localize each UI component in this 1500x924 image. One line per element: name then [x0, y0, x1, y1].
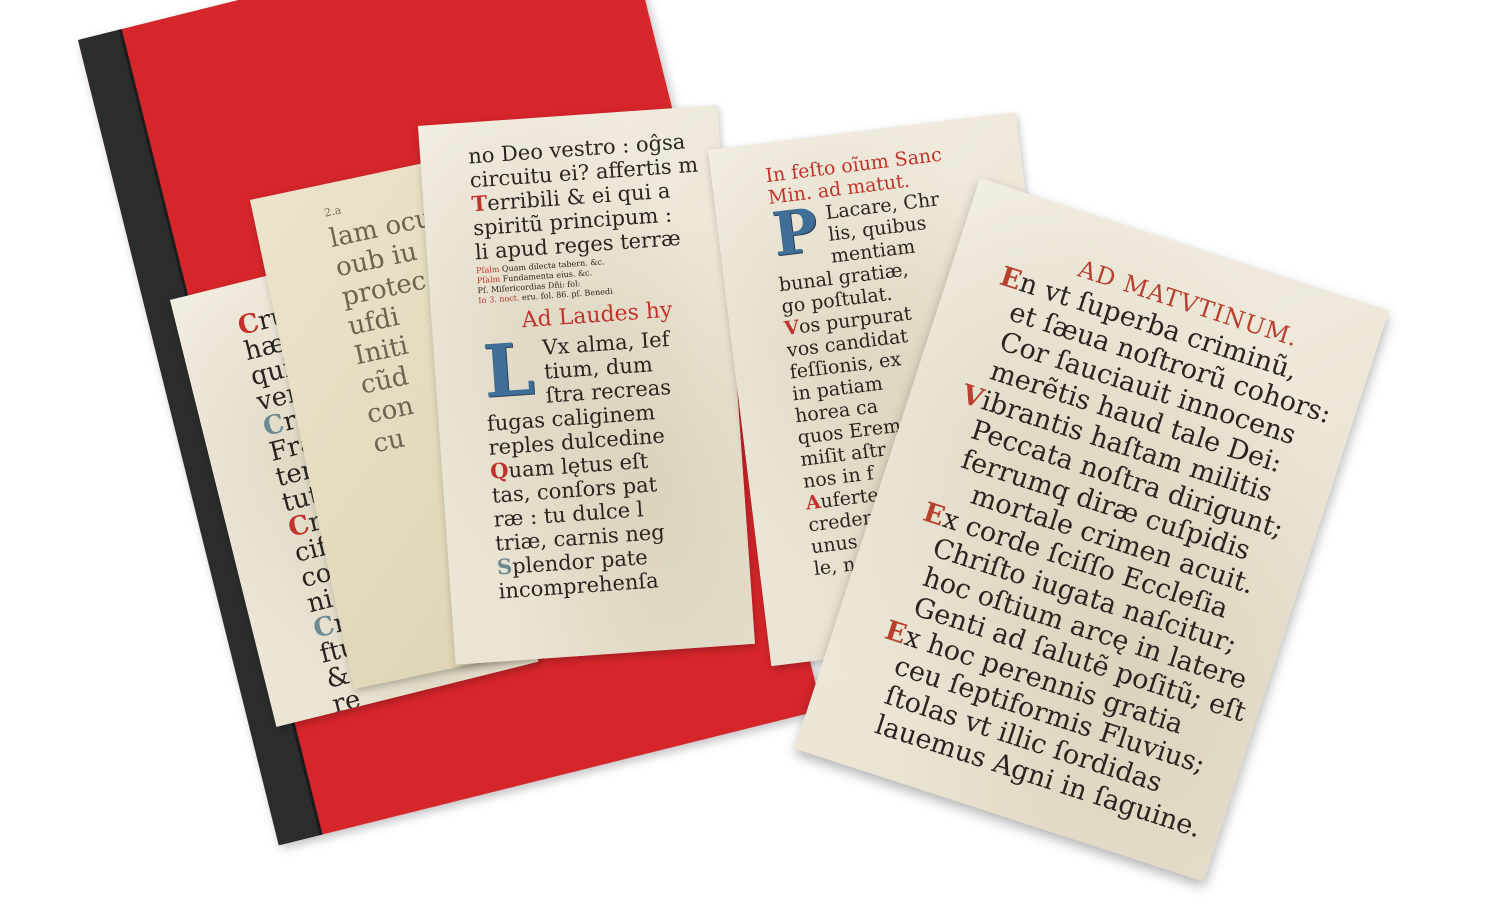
- rubricated-initial: Q: [489, 458, 509, 484]
- rubric-label: Pſalm: [476, 265, 502, 276]
- rubric-label: Pſalm: [477, 274, 503, 285]
- rubricated-initial: A: [804, 491, 821, 515]
- rubric-label: In 3. noct.: [478, 293, 522, 305]
- rubricated-initial: S: [496, 554, 513, 580]
- manuscript-leaf-3: no Deo vestro : oĝsacircuitu ei? afferti…: [418, 105, 755, 665]
- rubricated-initial: T: [471, 190, 488, 216]
- rubricated-initial: V: [783, 316, 800, 340]
